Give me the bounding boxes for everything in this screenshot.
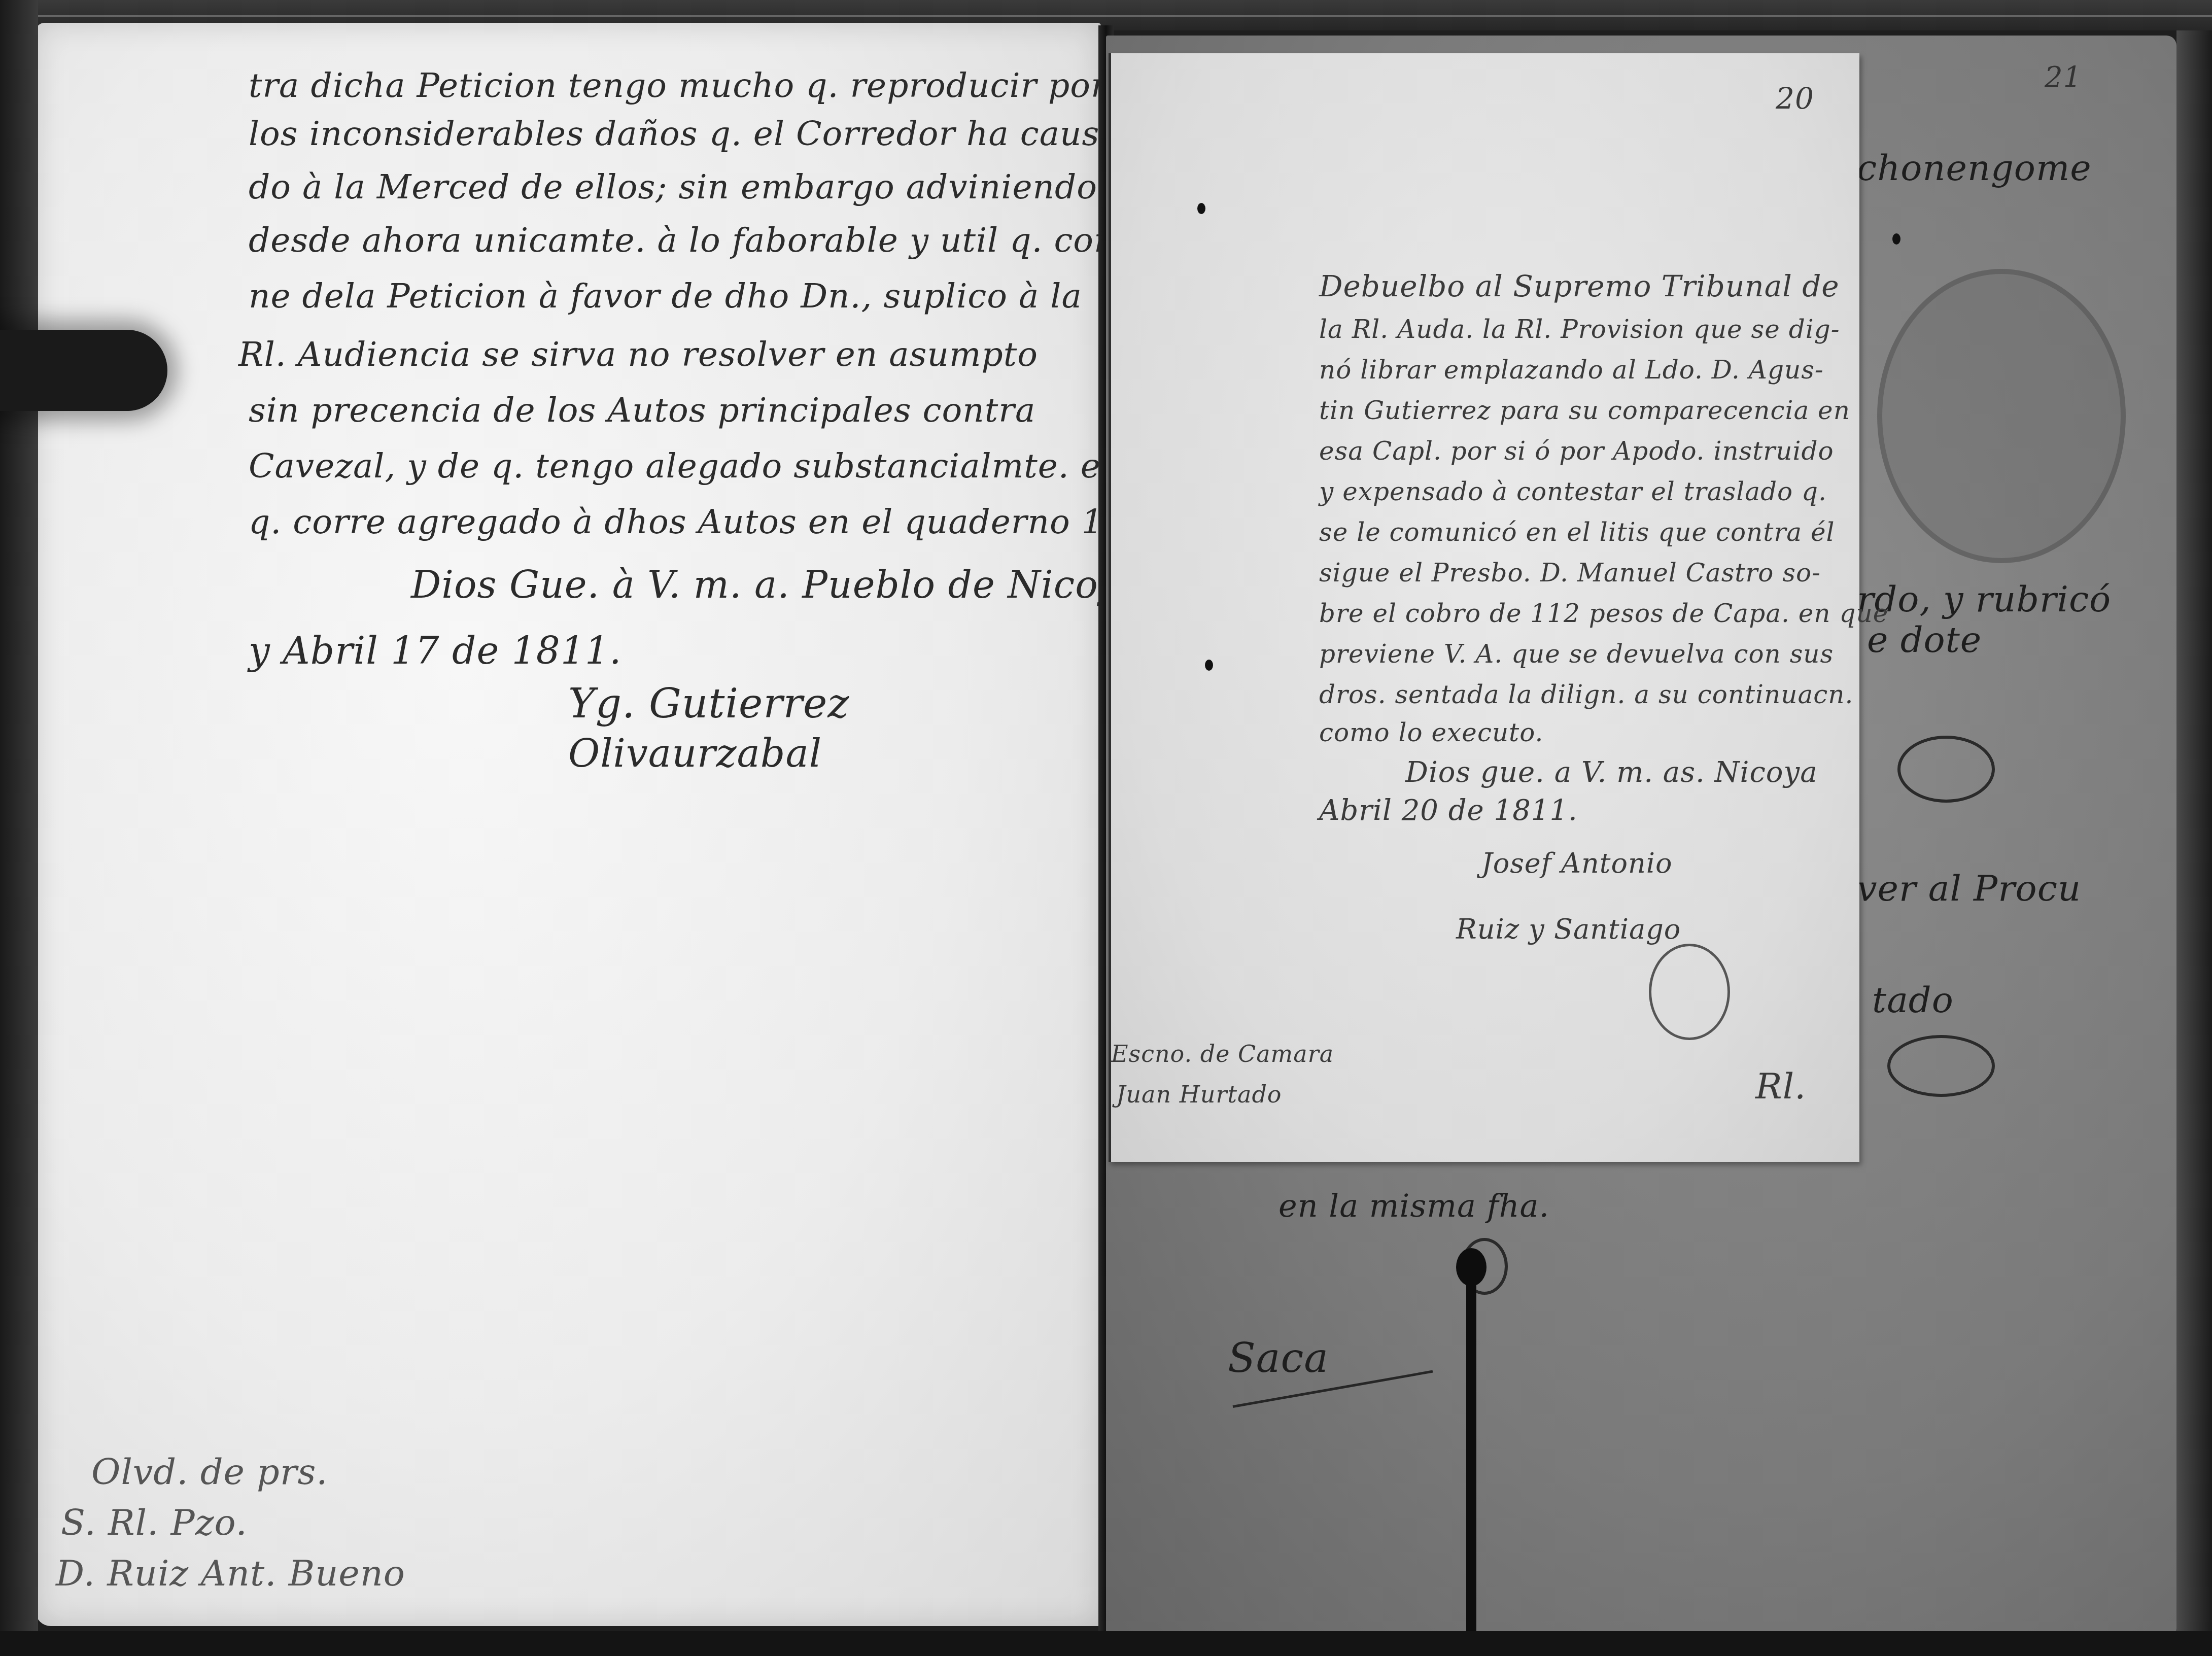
slip-line-2: la Rl. Auda. la Rl. Provision que se dig… <box>1319 315 1840 344</box>
right-fragment-5: tado <box>1872 979 1954 1021</box>
left-bottom-note-1: Olvd. de prs. <box>91 1451 328 1493</box>
left-margin-shadow <box>0 0 38 1656</box>
right-fragment-7: Saca <box>1228 1334 1329 1382</box>
slip-line-9: bre el cobro de 112 pesos de Capa. en qu… <box>1319 599 1888 628</box>
slip-page-number: 20 <box>1776 81 1814 116</box>
left-line-2: los inconsiderables daños q. el Corredor… <box>249 114 1132 153</box>
slip-line-1: Debuelbo al Supremo Tribunal de <box>1319 269 1840 303</box>
right-fragment-1: chonengome <box>1857 147 2092 189</box>
ink-drip <box>1456 1248 1487 1654</box>
ink-tail <box>1466 1279 1476 1654</box>
slip-rubric-mark: Rl. <box>1755 1065 1806 1107</box>
slip-punch-hole <box>1205 660 1213 671</box>
right-page-edge <box>2176 30 2212 1654</box>
left-signature-1: Yg. Gutierrez <box>568 680 849 727</box>
left-line-9: q. corre agregado à dhos Autos en el qua… <box>249 502 1125 541</box>
right-page-number: 21 <box>2045 61 2082 94</box>
left-line-6: Rl. Audiencia se sirva no resolver en as… <box>238 335 1038 374</box>
slip-punch-hole <box>1197 203 1205 214</box>
slip-signature-1: Josef Antonio <box>1481 847 1673 879</box>
slip-closing: Dios gue. a V. m. as. Nicoya <box>1405 756 1818 789</box>
slip-line-12: como lo executo. <box>1319 718 1543 747</box>
rubric-flourish <box>1887 1035 1995 1097</box>
right-fragment-2: rdo, y rubricó <box>1857 578 2111 620</box>
left-line-1: tra dicha Peticion tengo mucho q. reprod… <box>249 66 1108 105</box>
slip-line-5: esa Capl. por si ó por Apodo. instruido <box>1319 436 1834 466</box>
slip-line-4: tin Gutierrez para su comparecencia en <box>1319 396 1850 425</box>
slip-line-11: dros. sentada la dilign. a su continuacn… <box>1319 680 1853 709</box>
signature-flourish <box>1649 944 1730 1040</box>
slip-line-8: sigue el Presbo. D. Manuel Castro so- <box>1319 558 1821 588</box>
camera-frame-bottom <box>0 1631 2212 1656</box>
slip-signature-2: Ruiz y Santiago <box>1456 913 1681 945</box>
slip-line-10: previene V. A. que se devuelva con sus <box>1319 639 1834 669</box>
left-date: y Abril 17 de 1811. <box>249 629 622 673</box>
left-line-4: desde ahora unicamte. à lo faborable y u… <box>249 221 1153 260</box>
finger-shadow <box>0 330 167 411</box>
left-bottom-note-3: D. Ruiz Ant. Bueno <box>56 1552 405 1594</box>
left-line-7: sin precencia de los Autos principales c… <box>249 391 1035 430</box>
left-page <box>36 23 1101 1626</box>
left-bottom-note-2: S. Rl. Pzo. <box>61 1502 248 1543</box>
left-line-8: Cavezal, y de q. tengo alegado substanci… <box>249 446 1207 486</box>
left-line-5: ne dela Peticion à favor de dho Dn., sup… <box>249 277 1082 316</box>
left-line-3: do à la Merced de ellos; sin embargo adv… <box>249 167 1150 206</box>
slip-margin-note-1: Escno. de Camara <box>1111 1040 1334 1067</box>
right-fragment-6: en la misma fha. <box>1278 1187 1549 1224</box>
slip-line-6: y expensado à contestar el traslado q. <box>1319 477 1827 506</box>
slip-line-3: nó librar emplazando al Ldo. D. Agus- <box>1319 355 1824 385</box>
right-fragment-4: ver al Procu <box>1857 868 2081 909</box>
stamp-seal <box>1877 269 2126 563</box>
slip-date: Abril 20 de 1811. <box>1319 794 1578 827</box>
ink-dot <box>1892 233 1900 245</box>
left-signature-2: Olivaurzabal <box>568 731 822 776</box>
slip-line-7: se le comunicó en el litis que contra él <box>1319 517 1835 547</box>
slip-margin-note-2: Juan Hurtado <box>1116 1081 1282 1108</box>
left-closing: Dios Gue. à V. m. a. Pueblo de Nicoya <box>411 563 1143 607</box>
rubric-flourish <box>1897 736 1995 803</box>
